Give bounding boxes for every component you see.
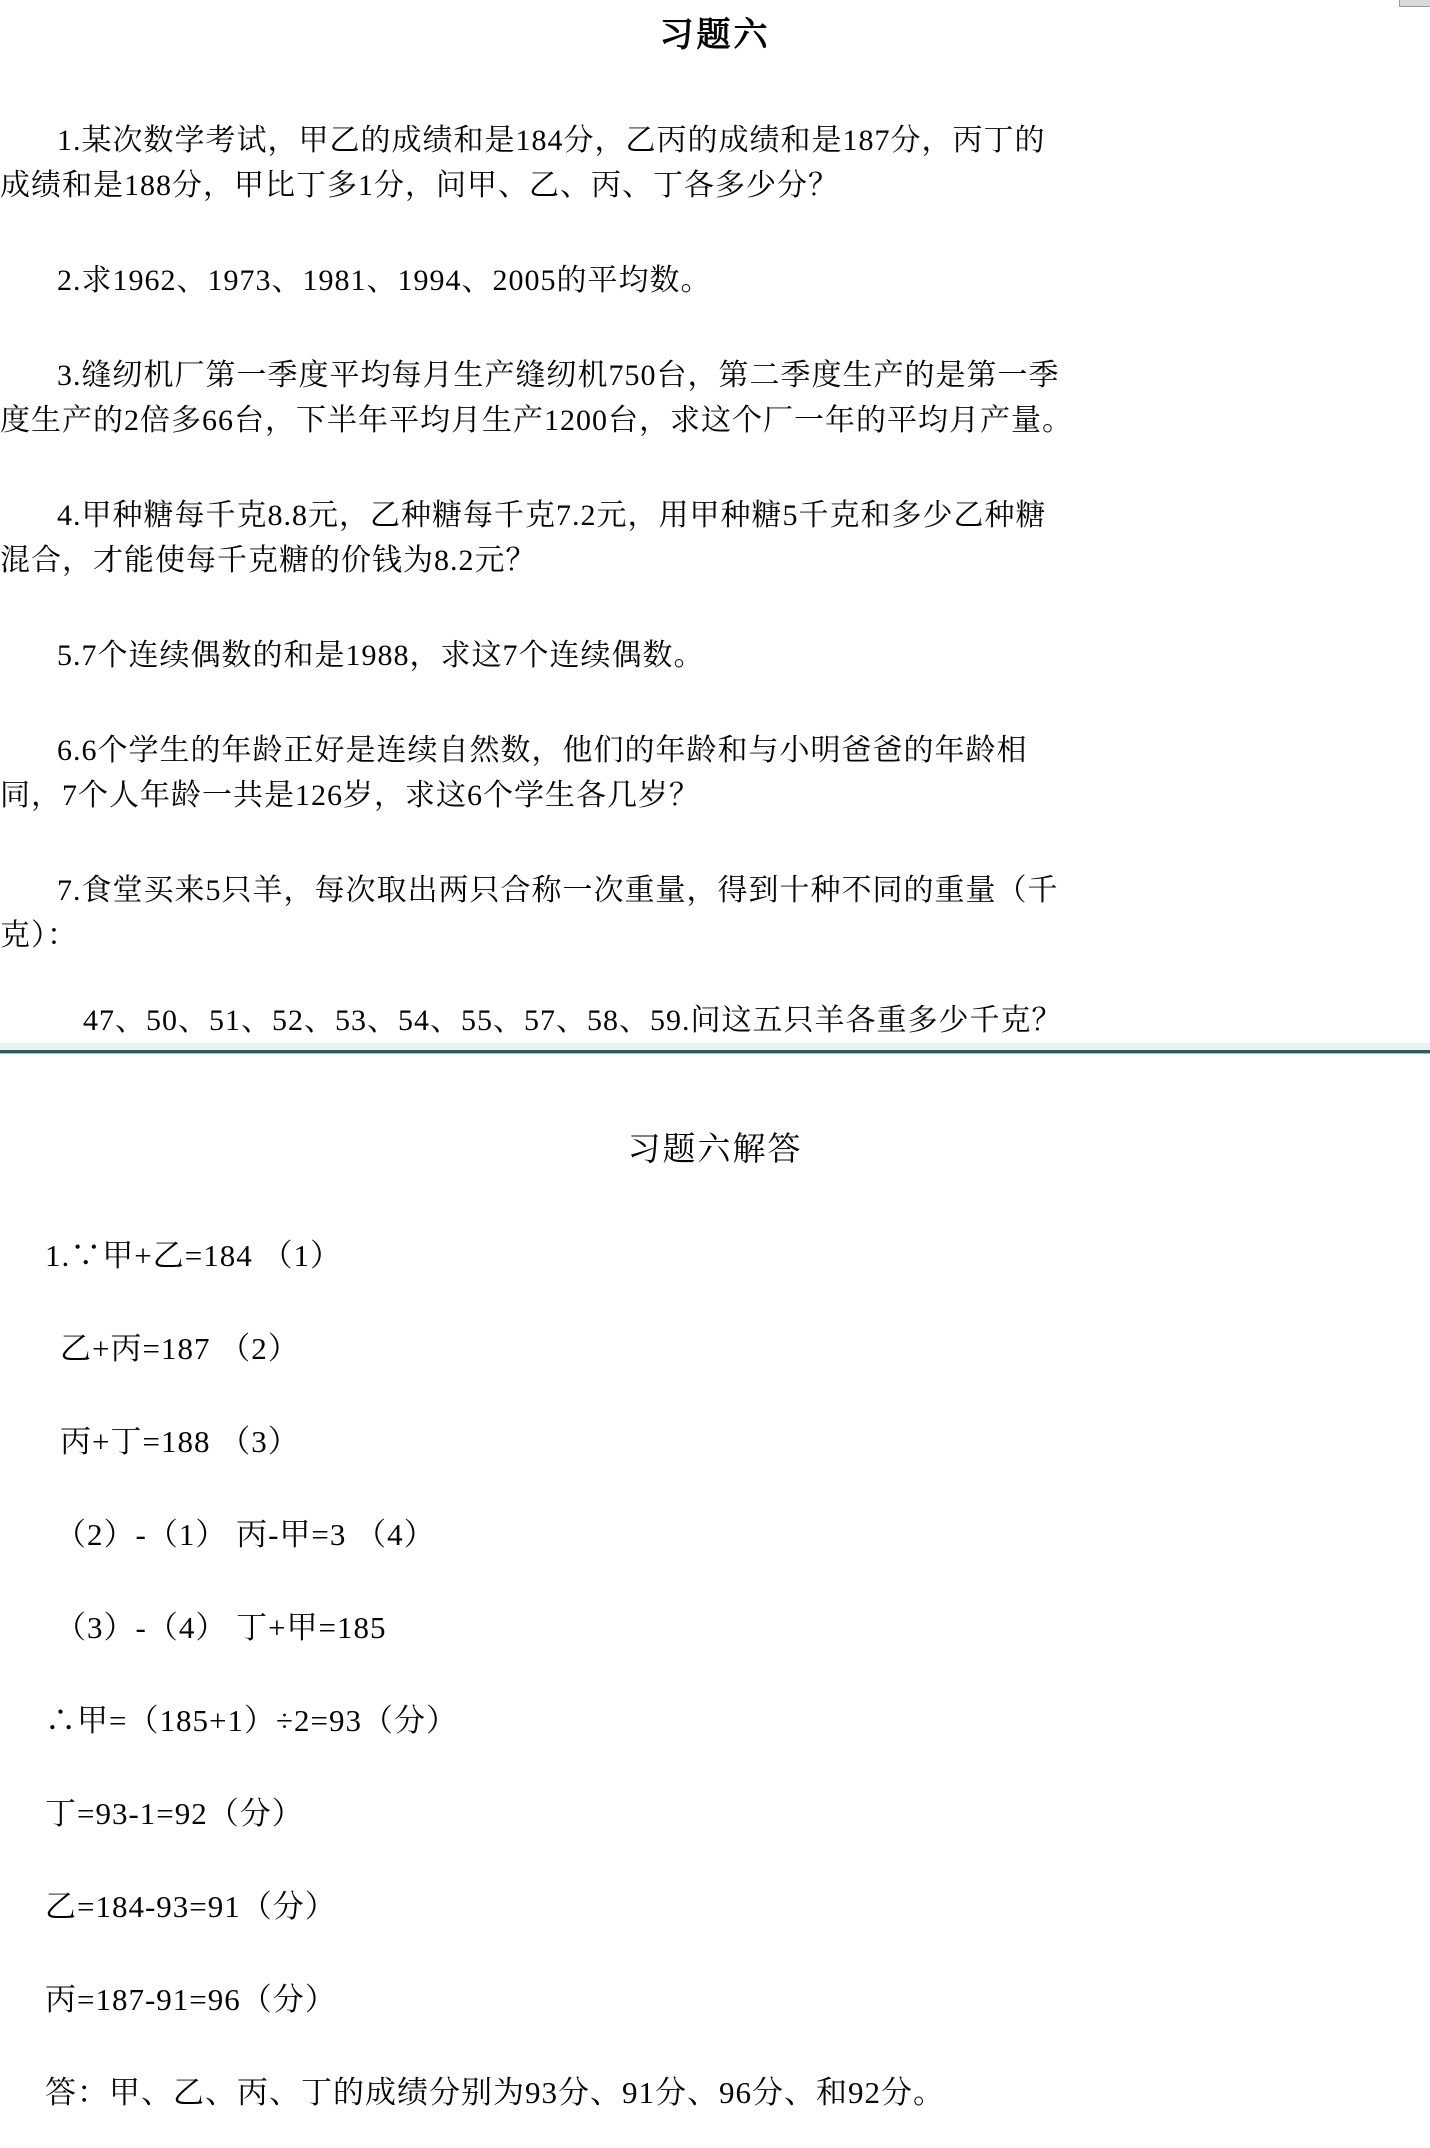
problem-7-line-2: 克）： <box>0 913 1430 958</box>
problem-7-line-1: 7.食堂买来5只羊，每次取出两只合称一次重量，得到十种不同的重量（千 <box>0 868 1430 913</box>
problems-title: 习题六 <box>0 0 1430 56</box>
problem-3-line-2: 度生产的2倍多66台，下半年平均月生产1200台，求这个厂一年的平均月产量。 <box>0 398 1430 443</box>
problem-6-line-1: 6.6个学生的年龄正好是连续自然数，他们的年龄和与小明爸爸的年龄相 <box>0 728 1430 773</box>
solution-step-6: ∴甲=（185+1）÷2=93（分） <box>0 1698 1430 1743</box>
problem-6: 6.6个学生的年龄正好是连续自然数，他们的年龄和与小明爸爸的年龄相 同，7个人年… <box>0 728 1430 818</box>
weights-values: 47、50、51、52、53、54、55、57、58、59.问这五只羊各重多少千… <box>0 998 1430 1043</box>
problem-2-line-1: 2.求1962、1973、1981、1994、2005的平均数。 <box>0 258 1430 303</box>
problem-7: 7.食堂买来5只羊，每次取出两只合称一次重量，得到十种不同的重量（千 克）： <box>0 868 1430 958</box>
problem-1-line-2: 成绩和是188分，甲比丁多1分，问甲、乙、丙、丁各多少分？ <box>0 163 1430 208</box>
problem-3: 3.缝纫机厂第一季度平均每月生产缝纫机750台，第二季度生产的是第一季 度生产的… <box>0 353 1430 443</box>
section-divider <box>0 1043 1430 1054</box>
problem-4-line-1: 4.甲种糖每千克8.8元，乙种糖每千克7.2元，用甲种糖5千克和多少乙种糖 <box>0 493 1430 538</box>
scrollbar-fragment[interactable] <box>1399 0 1430 7</box>
solution-step-1: 1.∵甲+乙=184 （1） <box>0 1233 1430 1278</box>
solution-step-7: 丁=93-1=92（分） <box>0 1791 1430 1836</box>
solutions-title: 习题六解答 <box>0 1054 1430 1173</box>
divider-band <box>0 1043 1430 1050</box>
solution-step-2: 乙+丙=187 （2） <box>0 1326 1430 1371</box>
solution-step-4: （2）-（1） 丙-甲=3 （4） <box>0 1512 1430 1557</box>
problem-6-line-2: 同，7个人年龄一共是126岁，求这6个学生各几岁？ <box>0 773 1430 818</box>
solution-step-5: （3）-（4） 丁+甲=185 <box>0 1605 1430 1650</box>
problem-5-line-1: 5.7个连续偶数的和是1988，求这7个连续偶数。 <box>0 633 1430 678</box>
solution-step-3: 丙+丁=188 （3） <box>0 1419 1430 1464</box>
problem-2: 2.求1962、1973、1981、1994、2005的平均数。 <box>0 258 1430 303</box>
problem-7-weights-line: 47、50、51、52、53、54、55、57、58、59.问这五只羊各重多少千… <box>0 998 1430 1043</box>
solution-step-8: 乙=184-93=91（分） <box>0 1884 1430 1929</box>
solution-steps: 1.∵甲+乙=184 （1） 乙+丙=187 （2） 丙+丁=188 （3） （… <box>0 1233 1430 2115</box>
problem-4: 4.甲种糖每千克8.8元，乙种糖每千克7.2元，用甲种糖5千克和多少乙种糖 混合… <box>0 493 1430 583</box>
problems-list: 1.某次数学考试，甲乙的成绩和是184分，乙丙的成绩和是187分，丙丁的 成绩和… <box>0 118 1430 1043</box>
solution-step-9: 丙=187-91=96（分） <box>0 1977 1430 2022</box>
problem-3-line-1: 3.缝纫机厂第一季度平均每月生产缝纫机750台，第二季度生产的是第一季 <box>0 353 1430 398</box>
solution-answer: 答：甲、乙、丙、丁的成绩分别为93分、91分、96分、和92分。 <box>0 2070 1430 2115</box>
document-page: 习题六 1.某次数学考试，甲乙的成绩和是184分，乙丙的成绩和是187分，丙丁的… <box>0 0 1430 2148</box>
problem-1: 1.某次数学考试，甲乙的成绩和是184分，乙丙的成绩和是187分，丙丁的 成绩和… <box>0 118 1430 208</box>
problem-5: 5.7个连续偶数的和是1988，求这7个连续偶数。 <box>0 633 1430 678</box>
problem-1-line-1: 1.某次数学考试，甲乙的成绩和是184分，乙丙的成绩和是187分，丙丁的 <box>0 118 1430 163</box>
problem-4-line-2: 混合，才能使每千克糖的价钱为8.2元？ <box>0 538 1430 583</box>
